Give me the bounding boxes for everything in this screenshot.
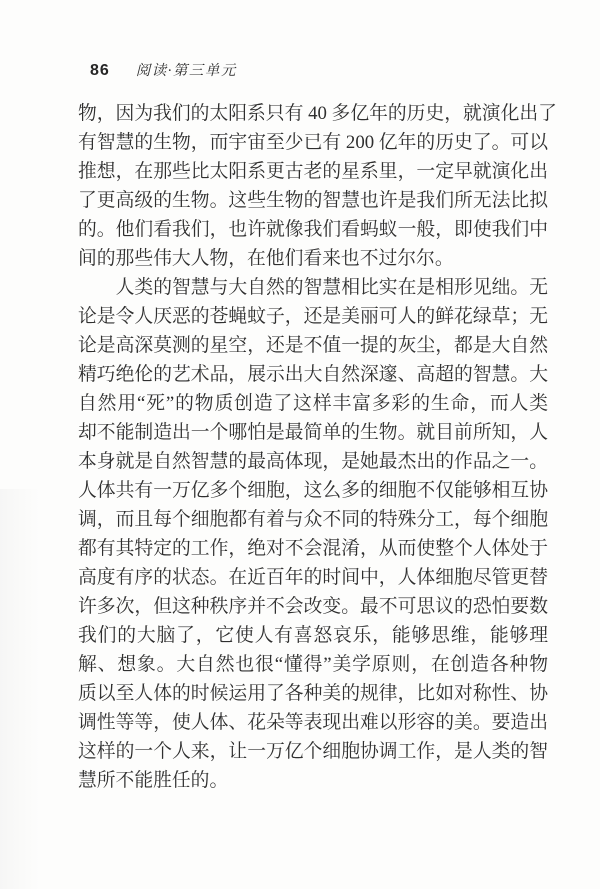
running-header: 86 阅读·第三单元 <box>90 59 237 80</box>
body-text-column: 物，因为我们的太阳系只有 40 多亿年的历史，就演化出了 有智慧的生物，而宇宙至… <box>78 99 548 795</box>
text-line: 质以至人体的时候运用了各种美的规律，比如对称性、协 <box>78 679 548 708</box>
text-line: 了更高级的生物。这些生物的智慧也许是我们所无法比拟 <box>78 186 548 215</box>
text-line: 人体共有一万亿多个细胞，这么多的细胞不仅能够相互协 <box>78 476 548 505</box>
text-line: 我们的大脑了，它使人有喜怒哀乐，能够思维，能够理 <box>78 621 548 650</box>
text-line: 许多次，但这种秩序并不会改变。最不可思议的恐怕要数 <box>78 592 548 621</box>
text-line: 物，因为我们的太阳系只有 40 多亿年的历史，就演化出了 <box>78 99 548 128</box>
text-line: 解、想象。大自然也很“懂得”美学原则，在创造各种物 <box>78 650 548 679</box>
text-line: 间的那些伟大人物，在他们看来也不过尔尔。 <box>78 244 548 273</box>
text-line: 本身就是自然智慧的最高体现，是她最杰出的作品之一。 <box>78 447 548 476</box>
text-line: 这样的一个人来，让一万亿个细胞协调工作，是人类的智 <box>78 737 548 766</box>
text-line: 的。他们看我们，也许就像我们看蚂蚁一般，即使我们中 <box>78 215 548 244</box>
text-line: 精巧绝伦的艺术品，展示出大自然深邃、高超的智慧。大 <box>78 360 548 389</box>
page-number: 86 <box>90 62 110 80</box>
text-line: 高度有序的状态。在近百年的时间中，人体细胞尽管更替 <box>78 563 548 592</box>
text-line: 调性等等，使人体、花朵等表现出难以形容的美。要造出 <box>78 708 548 737</box>
text-line: 却不能制造出一个哪怕是最简单的生物。就目前所知，人 <box>78 418 548 447</box>
text-line: 有智慧的生物，而宇宙至少已有 200 亿年的历史了。可以 <box>78 128 548 157</box>
book-page: 86 阅读·第三单元 物，因为我们的太阳系只有 40 多亿年的历史，就演化出了 … <box>0 0 600 889</box>
text-line: 自然用“死”的物质创造了这样丰富多彩的生命，而人类 <box>78 389 548 418</box>
text-line: 论是高深莫测的星空，还是不值一提的灰尘，都是大自然 <box>78 331 548 360</box>
text-line: 调，而且每个细胞都有着与众不同的特殊分工，每个细胞 <box>78 505 548 534</box>
text-line: 推想，在那些比太阳系更古老的星系里，一定早就演化出 <box>78 157 548 186</box>
text-line: 人类的智慧与大自然的智慧相比实在是相形见绌。无 <box>78 273 548 302</box>
text-line: 都有其特定的工作，绝对不会混淆，从而使整个人体处于 <box>78 534 548 563</box>
section-title: 阅读·第三单元 <box>136 59 237 80</box>
text-line: 慧所不能胜任的。 <box>78 766 548 795</box>
text-line: 论是令人厌恶的苍蝇蚊子，还是美丽可人的鲜花绿草；无 <box>78 302 548 331</box>
